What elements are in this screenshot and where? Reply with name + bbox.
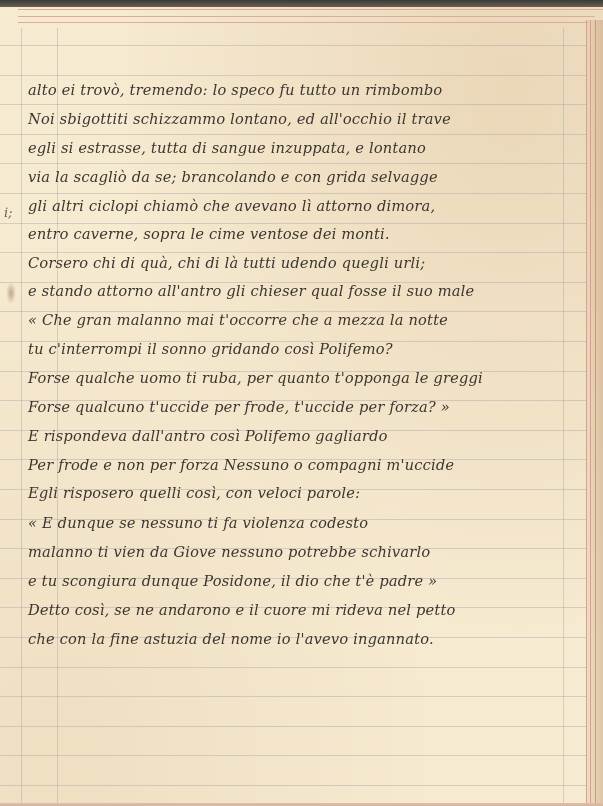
text-line: e tu scongiura dunque Posidone, il dio c… xyxy=(28,573,437,590)
text-line: tu c'interrompi il sonno gridando così P… xyxy=(28,341,393,358)
text-line: « E dunque se nessuno ti fa violenza cod… xyxy=(28,515,368,532)
text-line: E rispondeva dall'antro così Polifemo ga… xyxy=(28,428,388,445)
page-stack-right-edge xyxy=(590,20,591,806)
page-stack-edge xyxy=(18,16,595,17)
grid-horizontal-line xyxy=(0,726,586,727)
text-line: via la scagliò da se; brancolando e con … xyxy=(28,169,438,186)
text-line: Noi sbigottiti schizzammo lontano, ed al… xyxy=(28,111,451,128)
text-line: Detto così, se ne andarono e il cuore mi… xyxy=(28,602,456,619)
page-stack-right-edge xyxy=(595,20,596,806)
grid-horizontal-line xyxy=(0,223,586,224)
text-line: « Che gran malanno mai t'occorre che a m… xyxy=(28,312,448,329)
text-line: entro caverne, sopra le cime ventose dei… xyxy=(28,226,390,243)
text-line: malanno ti vien da Giove nessuno potrebb… xyxy=(28,544,430,561)
text-line: egli si estrasse, tutta di sangue inzupp… xyxy=(28,140,426,157)
text-line: Egli risposero quelli così, con veloci p… xyxy=(28,485,360,502)
grid-horizontal-line xyxy=(0,104,586,105)
ink-stain xyxy=(6,282,16,304)
grid-horizontal-line xyxy=(0,193,586,194)
grid-vertical-line xyxy=(563,28,564,806)
text-line: Forse qualche uomo ti ruba, per quanto t… xyxy=(28,370,483,387)
grid-horizontal-line xyxy=(0,667,586,668)
margin-mark: i; xyxy=(4,206,13,221)
grid-horizontal-line xyxy=(0,785,586,786)
grid-horizontal-line xyxy=(0,755,586,756)
text-line: Forse qualcuno t'uccide per frode, t'ucc… xyxy=(28,399,450,416)
text-line: gli altri ciclopi chiamò che avevano lì … xyxy=(28,198,435,215)
text-line: Per frode e non per forza Nessuno o comp… xyxy=(28,457,454,474)
grid-horizontal-line xyxy=(0,163,586,164)
grid-horizontal-line xyxy=(0,696,586,697)
page-stack-edge xyxy=(18,9,603,10)
grid-vertical-line xyxy=(21,28,22,806)
grid-horizontal-line xyxy=(0,134,586,135)
text-line: e stando attorno all'antro gli chieser q… xyxy=(28,283,474,300)
page-stack-right-edge xyxy=(586,20,587,806)
text-line: alto ei trovò, tremendo: lo speco fu tut… xyxy=(28,82,442,99)
text-line: che con la fine astuzia del nome io l'av… xyxy=(28,631,434,648)
grid-horizontal-line xyxy=(0,252,586,253)
page-stack-edge xyxy=(18,22,589,23)
grid-horizontal-line xyxy=(0,75,586,76)
text-line: Corsero chi di quà, chi di là tutti uden… xyxy=(28,255,425,272)
notebook-page: i; alto ei trovò, tremendo: lo speco fu … xyxy=(0,0,603,806)
notebook-binding-edge xyxy=(0,0,603,7)
grid-horizontal-line xyxy=(0,45,586,46)
